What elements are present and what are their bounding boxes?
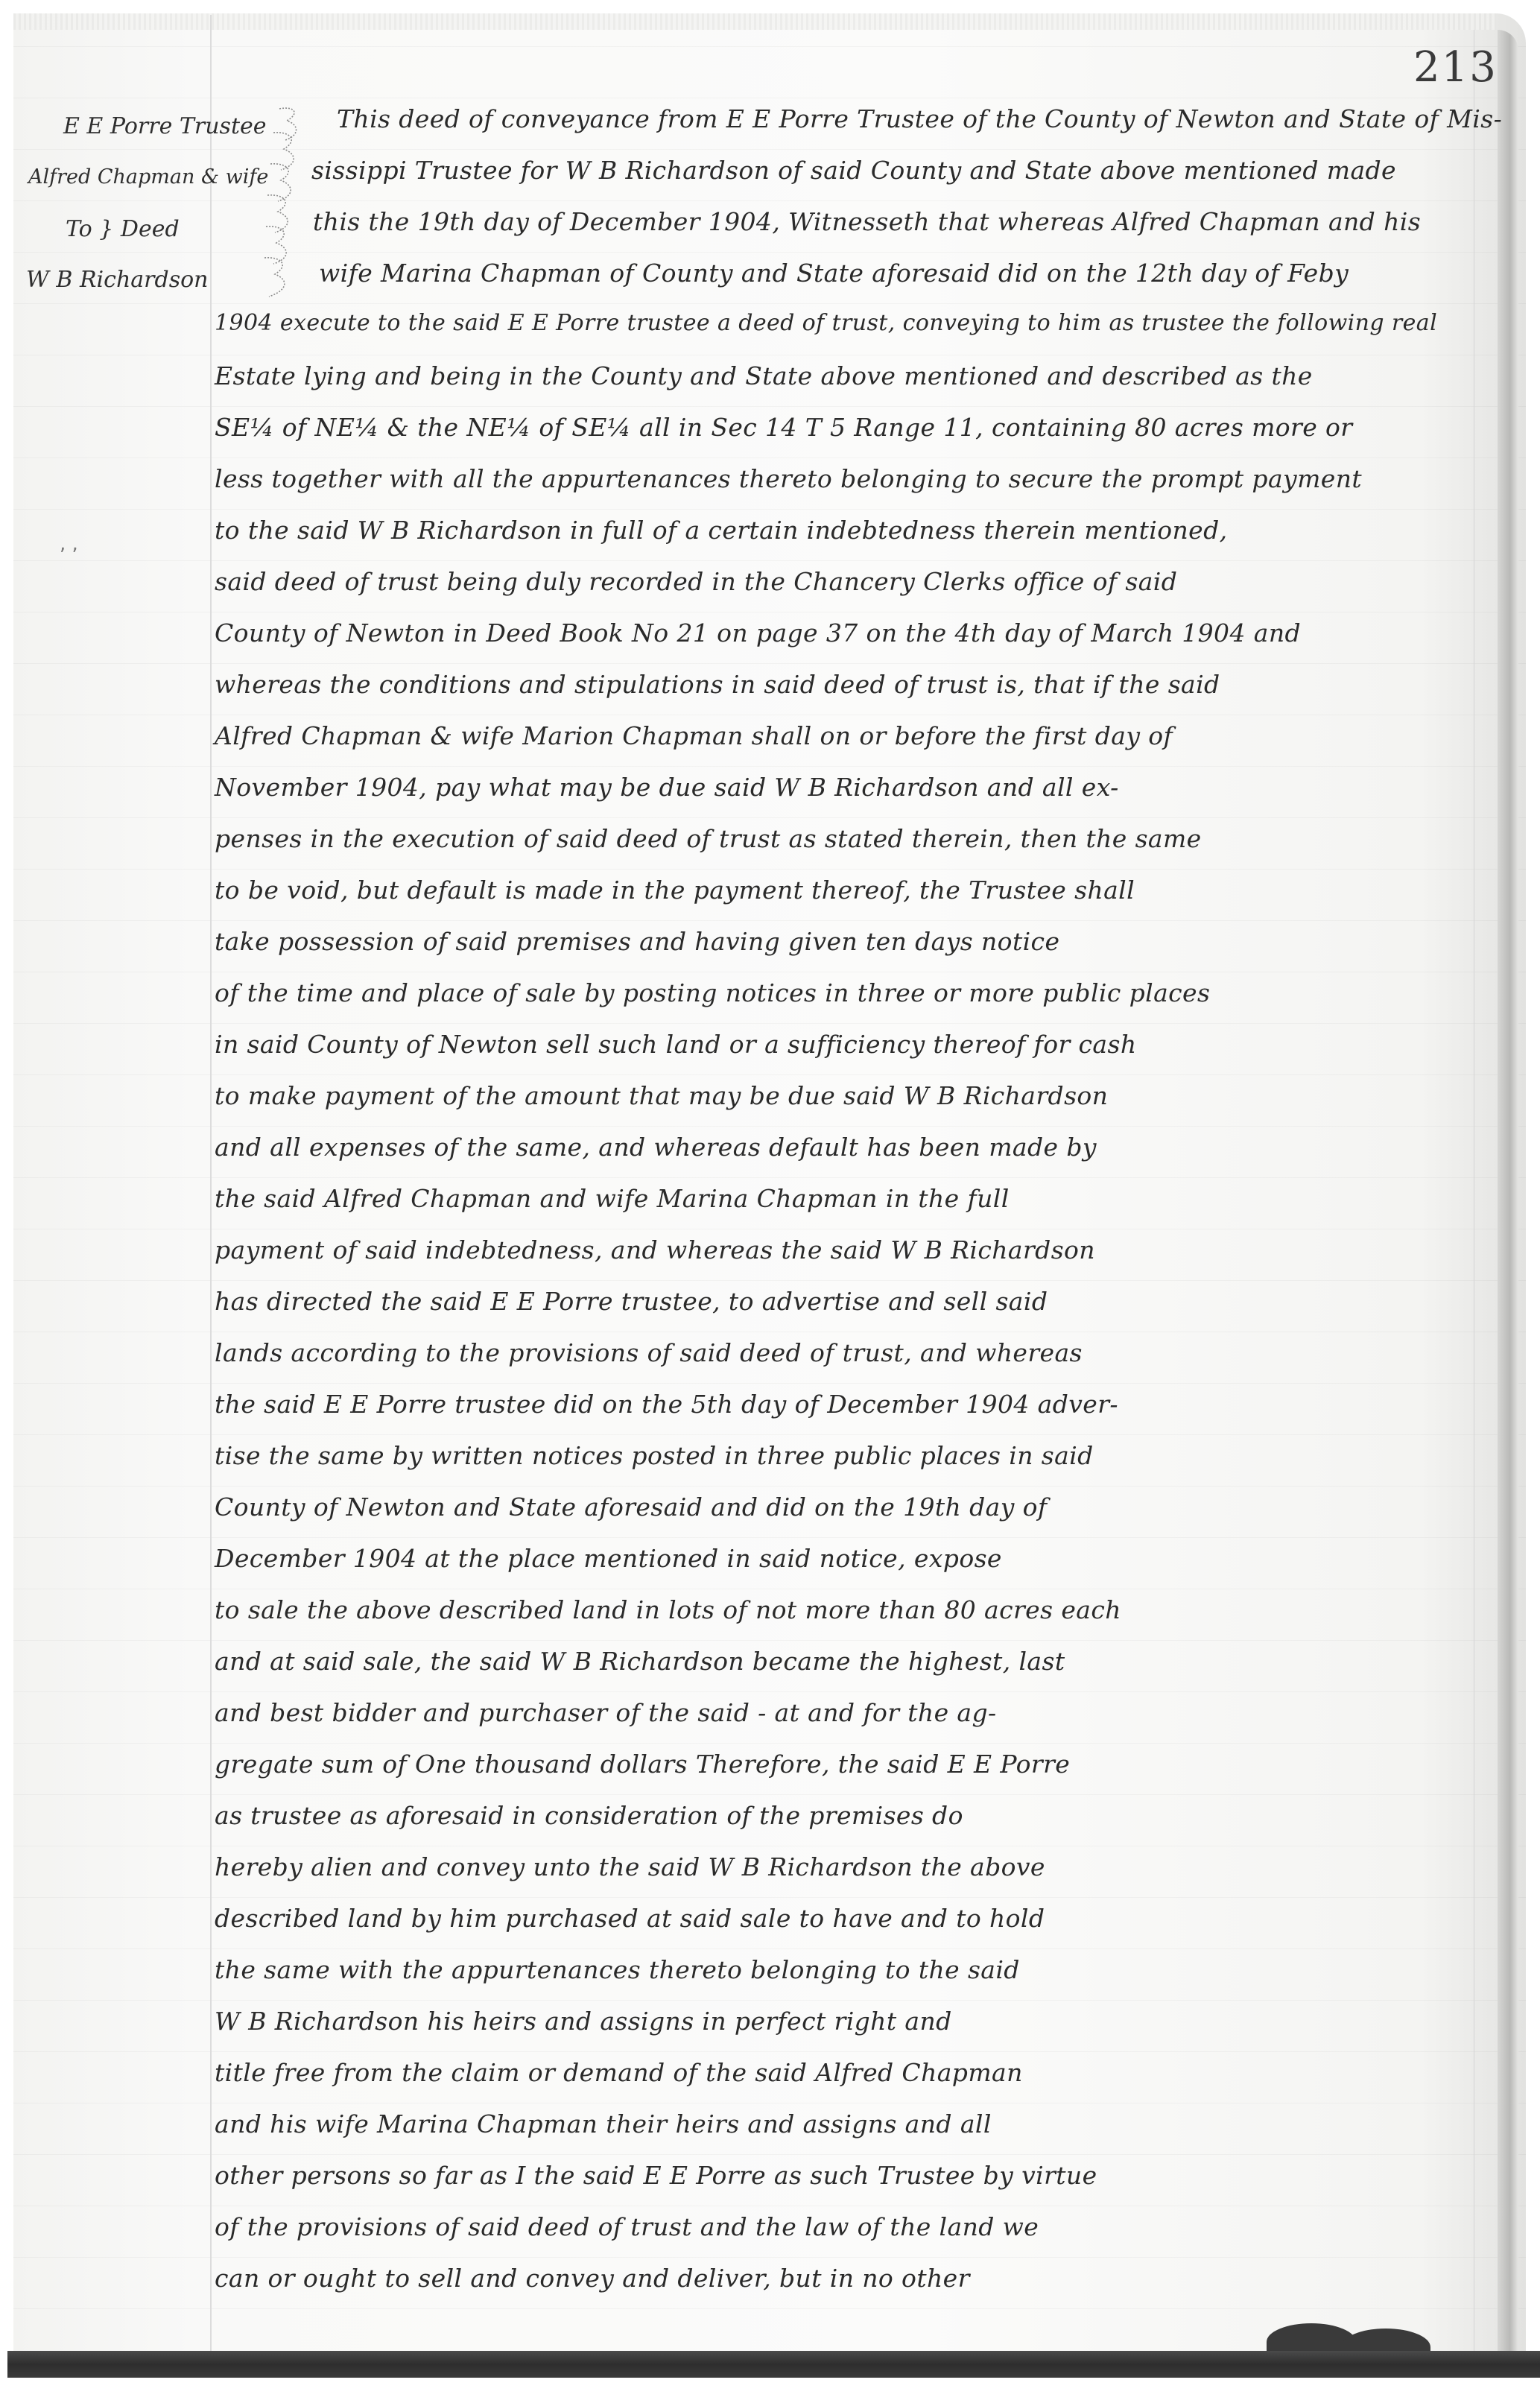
deed-line: the said Alfred Chapman and wife Marina … bbox=[215, 1184, 1010, 1213]
deed-line: of the provisions of said deed of trust … bbox=[215, 2212, 1039, 2241]
deed-line: less together with all the appurtenances… bbox=[215, 464, 1362, 493]
index-grantor: E E Porre Trustee bbox=[63, 113, 267, 139]
deed-line: has directed the said E E Porre trustee,… bbox=[215, 1287, 1048, 1316]
deed-line: penses in the execution of said deed of … bbox=[215, 824, 1202, 853]
deed-line: wife Marina Chapman of County and State … bbox=[319, 259, 1349, 288]
deed-line: whereas the conditions and stipulations … bbox=[215, 670, 1220, 699]
deed-line: and all expenses of the same, and wherea… bbox=[215, 1133, 1097, 1162]
deed-line: sissippi Trustee for W B Richardson of s… bbox=[311, 156, 1396, 185]
deed-line: to sale the above described land in lots… bbox=[215, 1595, 1121, 1624]
bottom-scan-shadow bbox=[7, 2351, 1540, 2378]
stray-marks: , , bbox=[60, 533, 78, 555]
deed-line: the same with the appurtenances thereto … bbox=[215, 1955, 1020, 1984]
deed-line: the said E E Porre trustee did on the 5t… bbox=[215, 1390, 1118, 1419]
deed-line: W B Richardson his heirs and assigns in … bbox=[215, 2007, 952, 2036]
deed-line: said deed of trust being duly recorded i… bbox=[215, 567, 1177, 596]
deed-line: gregate sum of One thousand dollars Ther… bbox=[215, 1750, 1070, 1779]
index-grantee: W B Richardson bbox=[26, 267, 208, 293]
page-curl-edge bbox=[1498, 30, 1518, 2355]
deed-line: take possession of said premises and hav… bbox=[215, 927, 1059, 956]
deed-line: 1904 execute to the said E E Porre trust… bbox=[215, 310, 1437, 336]
deed-line: and at said sale, the said W B Richardso… bbox=[215, 1647, 1065, 1676]
scanned-page: 213 E E Porre Trustee Alfred Chapman & w… bbox=[0, 0, 1540, 2406]
deed-line: tise the same by written notices posted … bbox=[215, 1441, 1094, 1470]
deed-line: in said County of Newton sell such land … bbox=[215, 1030, 1136, 1059]
left-margin-rule bbox=[210, 15, 212, 2355]
deed-line: other persons so far as I the said E E P… bbox=[215, 2161, 1097, 2190]
curly-bracket-icon bbox=[257, 103, 302, 304]
deed-line: and his wife Marina Chapman their heirs … bbox=[215, 2109, 992, 2139]
deed-line: December 1904 at the place mentioned in … bbox=[215, 1544, 1002, 1573]
deed-line: described land by him purchased at said … bbox=[215, 1904, 1045, 1933]
deed-line: November 1904, pay what may be due said … bbox=[215, 773, 1119, 802]
deed-line: lands according to the provisions of sai… bbox=[215, 1338, 1083, 1367]
page-number: 213 bbox=[1413, 43, 1498, 92]
deed-line: can or ought to sell and convey and deli… bbox=[215, 2264, 970, 2293]
deed-line: hereby alien and convey unto the said W … bbox=[215, 1852, 1045, 1881]
deed-line: to make payment of the amount that may b… bbox=[215, 1081, 1108, 1110]
index-grantor-2: Alfred Chapman & wife bbox=[28, 165, 268, 189]
deed-line: Alfred Chapman & wife Marion Chapman sha… bbox=[215, 721, 1173, 750]
index-instrument-type: To } Deed bbox=[66, 216, 180, 242]
top-edge-texture bbox=[13, 13, 1496, 30]
right-margin-rule bbox=[1474, 30, 1474, 2355]
deed-line: to be void, but default is made in the p… bbox=[215, 876, 1135, 905]
deed-line: Estate lying and being in the County and… bbox=[215, 361, 1313, 390]
deed-line: to the said W B Richardson in full of a … bbox=[215, 516, 1228, 545]
deed-line: and best bidder and purchaser of the sai… bbox=[215, 1698, 997, 1727]
deed-line: County of Newton in Deed Book No 21 on p… bbox=[215, 618, 1301, 648]
deed-line: as trustee as aforesaid in consideration… bbox=[215, 1801, 963, 1830]
deed-line: title free from the claim or demand of t… bbox=[215, 2058, 1023, 2087]
deed-line: County of Newton and State aforesaid and… bbox=[215, 1492, 1048, 1522]
deed-line: SE¼ of NE¼ & the NE¼ of SE¼ all in Sec 1… bbox=[215, 413, 1352, 442]
deed-line: this the 19th day of December 1904, Witn… bbox=[313, 207, 1421, 236]
deed-line: This deed of conveyance from E E Porre T… bbox=[337, 104, 1502, 133]
deed-line: payment of said indebtedness, and wherea… bbox=[215, 1235, 1095, 1264]
deed-line: of the time and place of sale by posting… bbox=[215, 978, 1210, 1007]
